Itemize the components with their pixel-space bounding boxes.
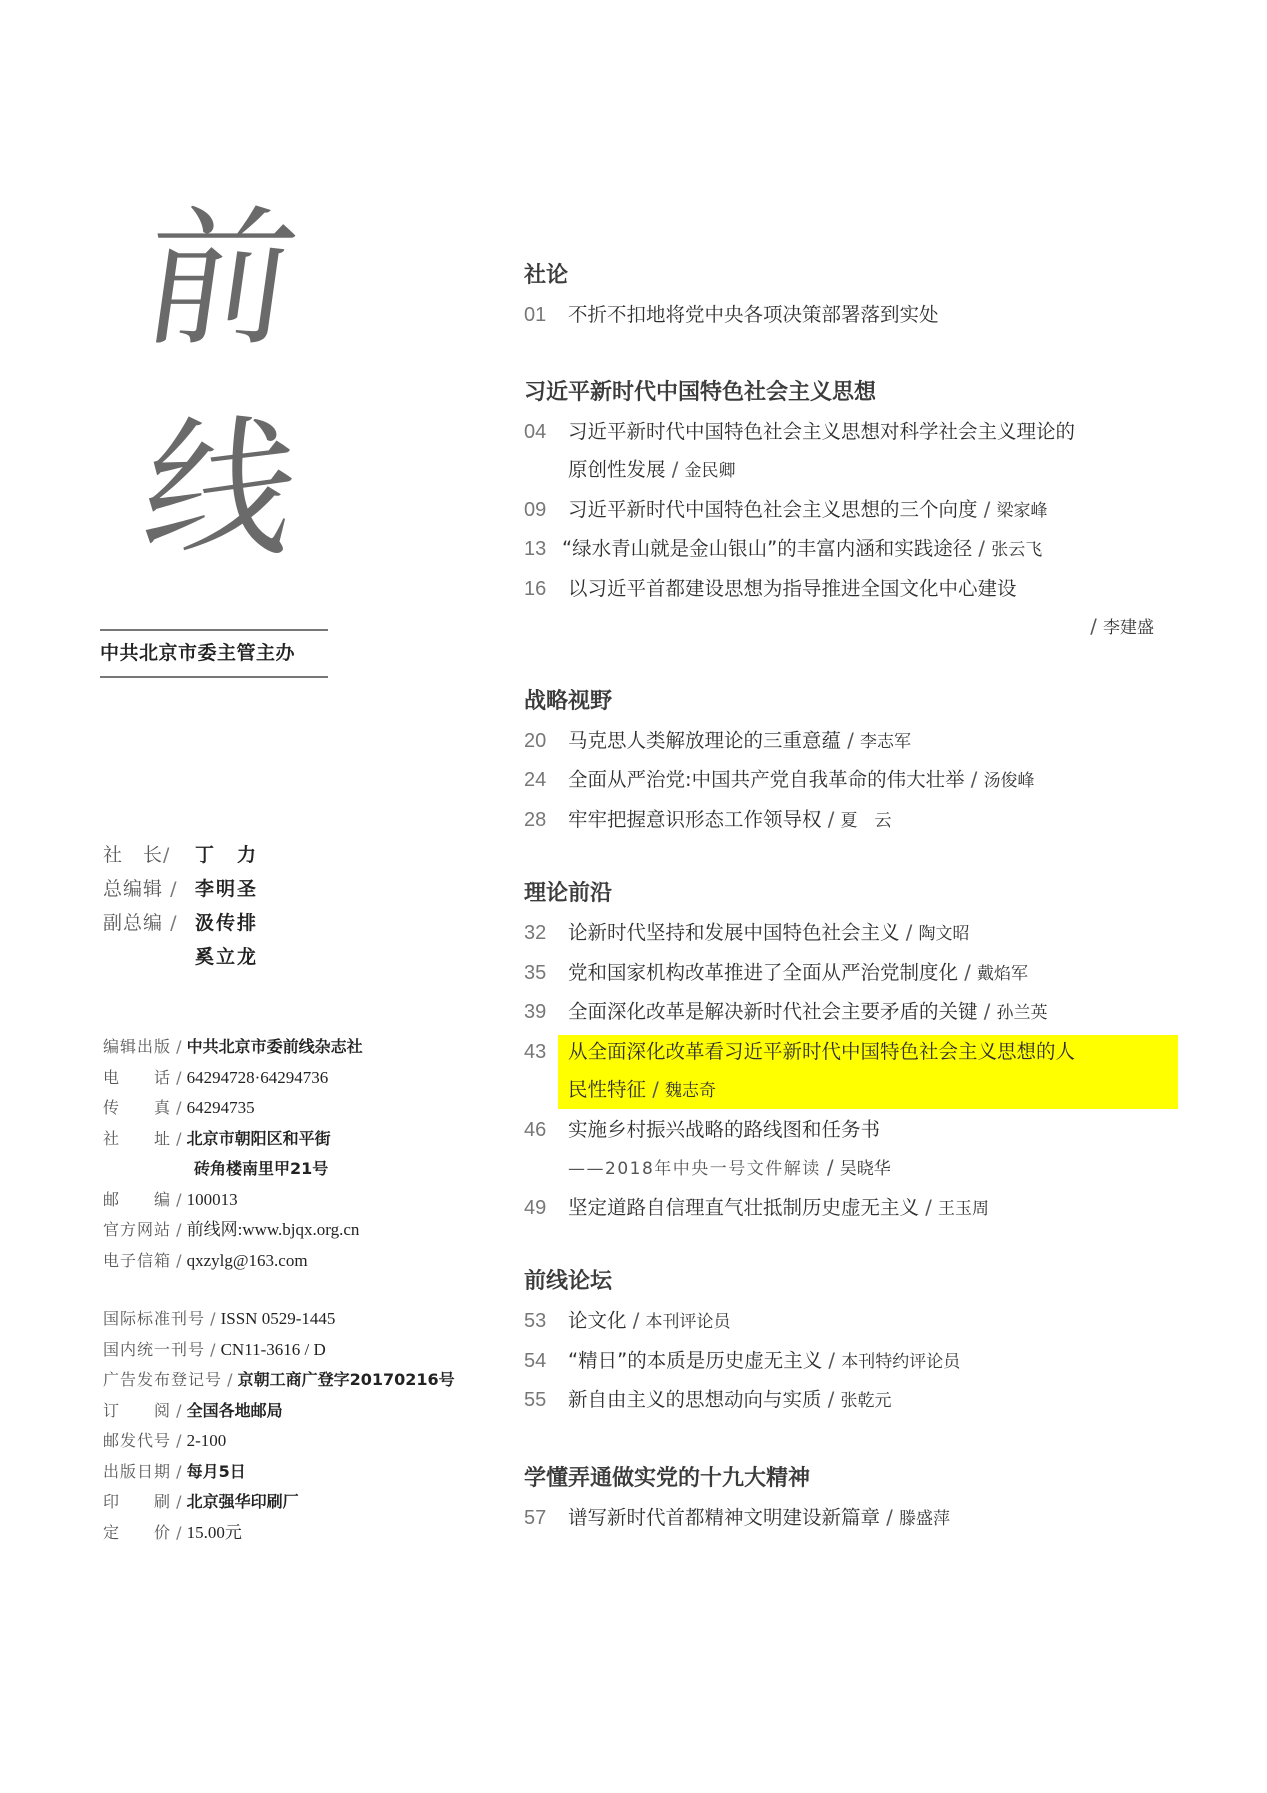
article-title: 全面深化改革是解决新时代社会主要矛盾的关键 [568,1000,978,1023]
registration-info: 国际标准刊号 / ISSN 0529-1445 国内统一刊号 / CN11-36… [103,1304,523,1548]
info-row: 电 话 / 64294728·64294736 [103,1063,523,1094]
info-row: 订 阅 / 全国各地邮局 [103,1396,523,1427]
masthead-char-qian: 前 [109,205,330,355]
page-number: 20 [524,722,546,761]
masthead-logo: 前 线 [120,195,320,605]
staff-row: 奚立龙 [103,940,258,974]
table-of-contents: 社论 01 不折不扣地将党中央各项决策部署落到实处 习近平新时代中国特色社会主义… [524,256,1164,1538]
article-title: 从全面深化改革看习近平新时代中国特色社会主义思想的人 [568,1033,1164,1072]
article-title: 以习近平首都建设思想为指导推进全国文化中心建设 [568,570,1164,609]
toc-entry[interactable]: 32 论新时代坚持和发展中国特色社会主义 / 陶文昭 [524,914,1164,954]
info-label: 邮 编 [103,1190,171,1209]
article-author: 金民卿 [685,461,736,481]
page-number: 57 [524,1499,546,1538]
toc-section-forum: 前线论坛 53 论文化 / 本刊评论员 54 “精日”的本质是历史虚无主义 / … [524,1262,1164,1421]
article-title: 不折不扣地将党中央各项决策部署落到实处 [568,296,1164,335]
info-label: 官方网站 [103,1220,171,1239]
section-title: 学懂弄通做实党的十九大精神 [524,1459,1164,1499]
info-row: 国内统一刊号 / CN11-3616 / D [103,1335,523,1366]
info-row: 定 价 / 15.00元 [103,1518,523,1549]
article-title: 马克思人类解放理论的三重意蕴 [568,729,841,752]
staff-row: 社 长/丁 力 [103,838,258,872]
article-title: 谱写新时代首都精神文明建设新篇章 [568,1506,880,1529]
article-title: 新自由主义的思想动向与实质 [568,1388,822,1411]
page-number: 13 [524,530,546,569]
info-label: 印 刷 [103,1492,171,1511]
article-author: 孙兰英 [997,1003,1048,1023]
info-value: 64294728·64294736 [187,1068,329,1087]
article-title: 坚定道路自信理直气壮抵制历史虚无主义 [568,1196,919,1219]
toc-entry[interactable]: 46 实施乡村振兴战略的路线图和任务书 ——2018年中央一号文件解读 / 吴晓… [524,1111,1164,1189]
toc-entry[interactable]: 20 马克思人类解放理论的三重意蕴 / 李志军 [524,722,1164,762]
staff-row: 副总编 /汲传排 [103,906,258,940]
article-author: 王玉周 [938,1199,989,1219]
info-label: 编辑出版 [103,1037,171,1056]
page-number: 32 [524,914,546,953]
page-number: 49 [524,1189,546,1228]
article-author: 本刊评论员 [646,1312,731,1332]
article-title: “绿水青山就是金山银山”的丰富内涵和实践途径 [562,537,972,560]
info-label: 电 话 [103,1068,171,1087]
info-label: 传 真 [103,1098,171,1117]
page-number: 04 [524,413,546,452]
info-row: 国际标准刊号 / ISSN 0529-1445 [103,1304,523,1335]
page-number: 35 [524,954,546,993]
info-row: 印 刷 / 北京强华印刷厂 [103,1487,523,1518]
page-number: 55 [524,1381,546,1420]
info-value: 2-100 [187,1431,227,1450]
staff-list: 社 长/丁 力 总编辑 /李明圣 副总编 /汲传排 奚立龙 [103,838,258,974]
article-title: 习近平新时代中国特色社会主义思想的三个向度 [568,498,978,521]
staff-row: 总编辑 /李明圣 [103,872,258,906]
toc-entry[interactable]: 35 党和国家机构改革推进了全面从严治党制度化 / 戴焰军 [524,954,1164,994]
article-author: 滕盛萍 [899,1509,950,1529]
staff-label: 总编辑 / [103,872,195,906]
website-link[interactable]: 前线网:www.bjqx.org.cn [187,1220,360,1239]
info-value: 北京市朝阳区和平街 [187,1129,331,1148]
info-row: 传 真 / 64294735 [103,1093,523,1124]
publication-info: 编辑出版 / 中共北京市委前线杂志社 电 话 / 64294728·642947… [103,1032,523,1276]
staff-name: 汲传排 [195,912,258,934]
page-number: 53 [524,1302,546,1341]
article-title: 习近平新时代中国特色社会主义思想对科学社会主义理论的 [568,413,1164,452]
toc-section-editorial: 社论 01 不折不扣地将党中央各项决策部署落到实处 [524,256,1164,335]
staff-name: 奚立龙 [195,946,258,968]
toc-entry[interactable]: 16 以习近平首都建设思想为指导推进全国文化中心建设 / 李建盛 [524,570,1164,648]
article-author: 张乾元 [841,1391,892,1411]
toc-entry-highlighted[interactable]: 43 从全面深化改革看习近平新时代中国特色社会主义思想的人 民性特征 / 魏志奇 [524,1033,1164,1111]
section-title: 前线论坛 [524,1262,1164,1302]
info-value: 全国各地邮局 [187,1401,283,1420]
page-number: 54 [524,1342,546,1381]
toc-section-xi-thought: 习近平新时代中国特色社会主义思想 04 习近平新时代中国特色社会主义思想对科学社… [524,373,1164,648]
info-value: 中共北京市委前线杂志社 [187,1037,363,1056]
toc-entry[interactable]: 54 “精日”的本质是历史虚无主义 / 本刊特约评论员 [524,1342,1164,1382]
staff-name: 李明圣 [195,878,258,900]
article-title-cont: 原创性发展 [568,458,666,481]
toc-entry[interactable]: 53 论文化 / 本刊评论员 [524,1302,1164,1342]
info-value: 砖角楼南里甲21号 [194,1159,328,1178]
article-title: 牢牢把握意识形态工作领导权 [568,808,822,831]
page-number: 24 [524,761,546,800]
article-author: 戴焰军 [977,964,1028,984]
staff-label: 副总编 / [103,906,195,940]
info-row: 砖角楼南里甲21号 [103,1154,523,1185]
page-number: 46 [524,1111,546,1150]
page-number: 01 [524,296,546,335]
article-title-cont: 民性特征 [568,1078,646,1101]
section-title: 战略视野 [524,682,1164,722]
page-number: 39 [524,993,546,1032]
page-number: 09 [524,491,546,530]
page-number: 43 [524,1033,546,1072]
sponsor-text: 中共北京市委主管主办 [100,631,328,676]
article-title: 党和国家机构改革推进了全面从严治党制度化 [568,961,958,984]
article-author: 魏志奇 [665,1081,716,1101]
info-label: 电子信箱 [103,1251,171,1270]
toc-entry[interactable]: 13 “绿水青山就是金山银山”的丰富内涵和实践途径 / 张云飞 [524,530,1164,570]
info-label: 社 址 [103,1129,171,1148]
toc-entry[interactable]: 55 新自由主义的思想动向与实质 / 张乾元 [524,1381,1164,1421]
info-value: 100013 [187,1190,238,1209]
info-row: 电子信箱 / qxzylg@163.com [103,1246,523,1277]
article-author: 梁家峰 [997,501,1048,521]
article-author: 李建盛 [1103,618,1154,638]
article-author: 夏 云 [841,811,892,831]
email-link[interactable]: qxzylg@163.com [187,1251,308,1270]
info-row: 官方网站 / 前线网:www.bjqx.org.cn [103,1215,523,1246]
info-row: 编辑出版 / 中共北京市委前线杂志社 [103,1032,523,1063]
info-value: CN11-3616 / D [221,1340,326,1359]
toc-section-19th-congress: 学懂弄通做实党的十九大精神 57 谱写新时代首都精神文明建设新篇章 / 滕盛萍 [524,1459,1164,1539]
info-label: 订 阅 [103,1401,171,1420]
info-label: 国际标准刊号 [103,1309,205,1328]
article-title: 全面从严治党:中国共产党自我革命的伟大壮举 [568,768,965,791]
toc-entry[interactable]: 01 不折不扣地将党中央各项决策部署落到实处 [524,296,1164,335]
info-row: 邮发代号 / 2-100 [103,1426,523,1457]
info-value: ISSN 0529-1445 [221,1309,336,1328]
info-label: 出版日期 [103,1462,171,1481]
toc-entry[interactable]: 39 全面深化改革是解决新时代社会主要矛盾的关键 / 孙兰英 [524,993,1164,1033]
toc-entry[interactable]: 09 习近平新时代中国特色社会主义思想的三个向度 / 梁家峰 [524,491,1164,531]
toc-section-strategic-view: 战略视野 20 马克思人类解放理论的三重意蕴 / 李志军 24 全面从严治党:中… [524,682,1164,841]
staff-label: 社 长/ [103,838,195,872]
toc-section-theory-frontier: 理论前沿 32 论新时代坚持和发展中国特色社会主义 / 陶文昭 35 党和国家机… [524,874,1164,1228]
info-row: 社 址 / 北京市朝阳区和平街 [103,1124,523,1155]
article-author: 张云飞 [991,540,1042,560]
sponsor-banner: 中共北京市委主管主办 [100,629,328,678]
toc-entry[interactable]: 49 坚定道路自信理直气壮抵制历史虚无主义 / 王玉周 [524,1189,1164,1229]
info-value: 京朝工商广登字20170216号 [238,1370,455,1389]
article-author: 汤俊峰 [984,771,1035,791]
info-label: 国内统一刊号 [103,1340,205,1359]
page-number: 28 [524,801,546,840]
article-author: 吴晓华 [840,1159,891,1179]
article-title: 论文化 [568,1309,627,1332]
section-title: 社论 [524,256,1164,296]
article-title: 实施乡村振兴战略的路线图和任务书 [568,1111,1164,1150]
article-subtitle: ——2018年中央一号文件解读 [568,1159,821,1179]
article-author: 陶文昭 [919,924,970,944]
info-label: 邮发代号 [103,1431,171,1450]
info-value: 64294735 [187,1098,255,1117]
info-value: 每月5日 [187,1462,246,1481]
info-value: 北京强华印刷厂 [187,1492,299,1511]
article-title: 论新时代坚持和发展中国特色社会主义 [568,921,900,944]
staff-name: 丁 力 [195,844,258,866]
article-author: 本刊特约评论员 [841,1352,960,1372]
page-number: 16 [524,570,546,609]
toc-entry[interactable]: 57 谱写新时代首都精神文明建设新篇章 / 滕盛萍 [524,1499,1164,1539]
toc-entry[interactable]: 04 习近平新时代中国特色社会主义思想对科学社会主义理论的 原创性发展 / 金民… [524,413,1164,491]
masthead-char-xian: 线 [109,415,330,565]
info-row: 广告发布登记号 / 京朝工商广登字20170216号 [103,1365,523,1396]
toc-entry[interactable]: 24 全面从严治党:中国共产党自我革命的伟大壮举 / 汤俊峰 [524,761,1164,801]
info-label: 广告发布登记号 [103,1370,222,1389]
info-row: 邮 编 / 100013 [103,1185,523,1216]
info-row: 出版日期 / 每月5日 [103,1457,523,1488]
info-value: 15.00元 [187,1523,242,1542]
section-title: 习近平新时代中国特色社会主义思想 [524,373,1164,413]
toc-entry[interactable]: 28 牢牢把握意识形态工作领导权 / 夏 云 [524,801,1164,841]
info-label: 定 价 [103,1523,171,1542]
article-title: “精日”的本质是历史虚无主义 [568,1349,822,1372]
article-author: 李志军 [860,732,911,752]
section-title: 理论前沿 [524,874,1164,914]
